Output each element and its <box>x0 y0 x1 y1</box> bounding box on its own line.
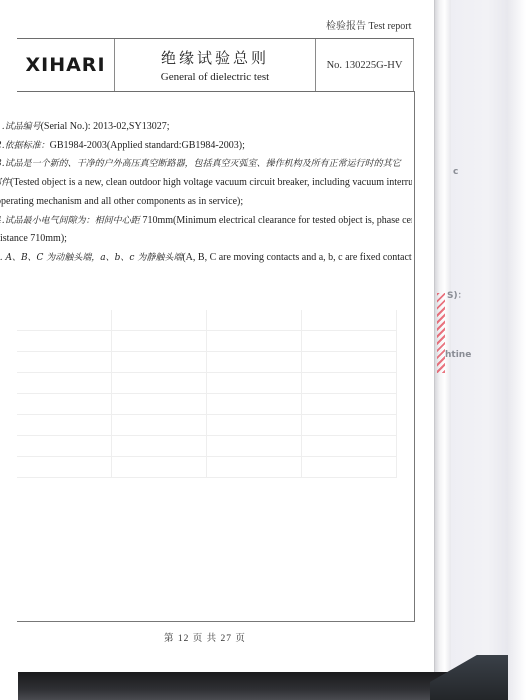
title-chinese: 绝缘试验总则 <box>161 47 269 68</box>
title-block: XIHARI 绝缘试验总则 General of dielectric test… <box>17 38 414 92</box>
content-line-object-cn: 3.试品是一个新的、干净的户外高压真空断路器，包括真空灭弧室、操作机构及所有正常… <box>0 155 412 174</box>
content-line-contacts: 5. A、B、C 为动触头端，a、b、c 为静触头端(A, B, C are m… <box>0 249 412 268</box>
bleed-fragment-2: S)： <box>447 288 467 301</box>
content-line-standard: 2.依据标准：GB1984-2003(Applied standard:GB19… <box>0 137 412 156</box>
report-number: No. 130225G-HV <box>316 39 414 91</box>
content-line-clearance-cont: distance 710mm); <box>0 230 412 249</box>
right-shadow <box>508 0 526 700</box>
page-indicator: 第 12 页 共 27 页 <box>164 630 246 644</box>
content-line-object-en-cont: operating mechanism and all other compon… <box>0 193 412 212</box>
title-cell: 绝缘试验总则 General of dielectric test <box>115 39 316 91</box>
content-body: 1.试品编号(Serial No.): 2013-02,SY13027; 2.依… <box>0 118 412 268</box>
content-line-serial: 1.试品编号(Serial No.): 2013-02,SY13027; <box>0 118 412 137</box>
underlying-page <box>450 0 512 680</box>
bleed-fragment-1: c <box>453 167 458 177</box>
bleed-through-table <box>17 310 397 490</box>
content-line-clearance: 4.试品最小电气间隙为：相间中心距 710mm(Minimum electric… <box>0 212 412 231</box>
report-header-label: 检验报告 Test report <box>326 17 411 32</box>
content-line-object-en: 部件(Tested object is a new, clean outdoor… <box>0 174 412 193</box>
bleed-fragment-3: htine <box>445 350 471 360</box>
company-logo: XIHARI <box>17 39 115 91</box>
red-seal-stamp <box>437 293 445 373</box>
title-english: General of dielectric test <box>161 71 269 83</box>
